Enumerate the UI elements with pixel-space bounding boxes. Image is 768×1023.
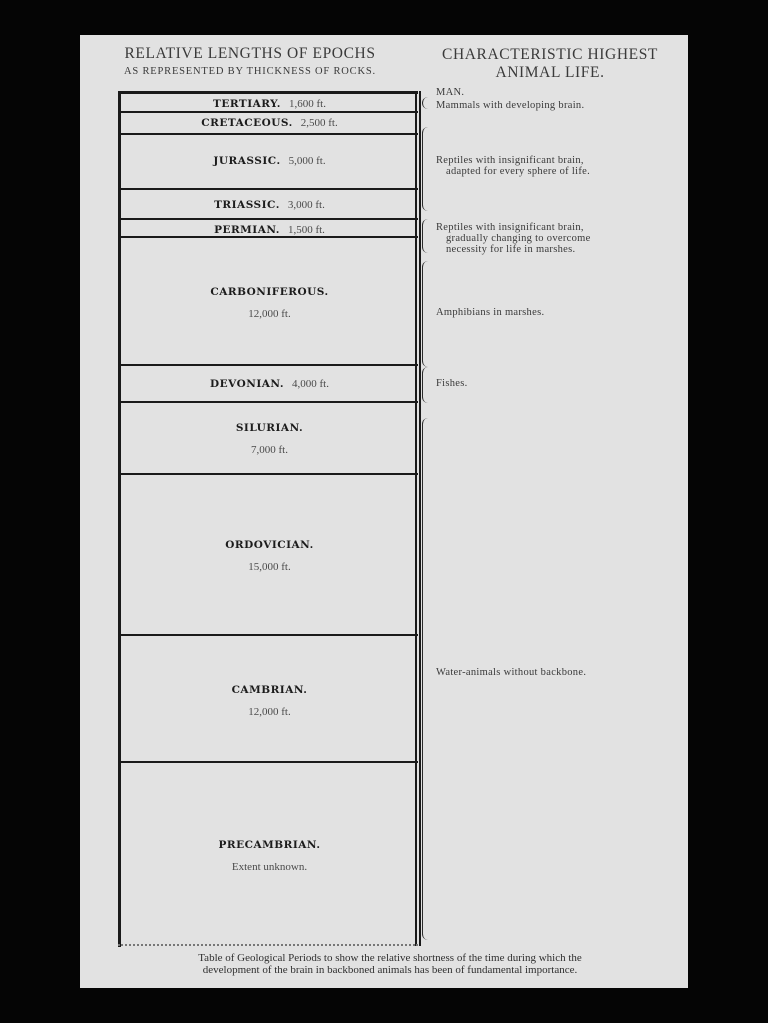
epoch-row-jurassic: JURASSIC.5,000 ft.	[121, 135, 418, 190]
left-column-title: RELATIVE LENGTHS OF EPOCHS	[80, 45, 420, 63]
epoch-name: TRIASSIC.	[214, 199, 280, 211]
life-line: adapted for every sphere of life.	[436, 166, 590, 177]
brace-reptiles-2	[422, 219, 431, 253]
epoch-row-devonian: DEVONIAN.4,000 ft.	[121, 366, 418, 403]
table-right-border	[415, 91, 417, 946]
brace-fishes	[422, 367, 431, 403]
caption-line-1: Table of Geological Periods to show the …	[100, 952, 680, 964]
epoch-row-carboniferous: CARBONIFEROUS. 12,000 ft.	[121, 238, 418, 366]
epoch-name: CAMBRIAN.	[232, 684, 308, 696]
animal-life-man: MAN.	[436, 87, 464, 98]
epoch-row-tertiary: TERTIARY.1,600 ft.	[121, 94, 418, 113]
right-title-line-1: CHARACTERISTIC HIGHEST	[420, 46, 680, 64]
epoch-name: PRECAMBRIAN.	[219, 839, 321, 851]
epoch-name: TERTIARY.	[213, 98, 281, 110]
life-line: gradually changing to overcome	[436, 233, 591, 244]
animal-life-reptiles-1: Reptiles with insignificant brain, adapt…	[436, 155, 590, 177]
epoch-thickness: Extent unknown.	[121, 861, 418, 873]
brace-water-animals	[422, 418, 431, 940]
epoch-name: JURASSIC.	[213, 155, 280, 167]
epoch-thickness: 1,500 ft.	[288, 224, 325, 236]
brace-mammals	[422, 97, 431, 109]
animal-life-fishes: Fishes.	[436, 378, 468, 389]
epoch-row-silurian: SILURIAN. 7,000 ft.	[121, 403, 418, 475]
right-title-line-2: ANIMAL LIFE.	[420, 64, 680, 82]
epoch-name: PERMIAN.	[214, 224, 280, 236]
brace-amphibians	[422, 261, 431, 367]
life-line: Reptiles with insignificant brain,	[436, 222, 584, 233]
animal-life-mammals: Mammals with developing brain.	[436, 100, 584, 111]
epoch-thickness: 1,600 ft.	[289, 98, 326, 110]
epoch-thickness: 5,000 ft.	[289, 155, 326, 167]
brace-reptiles-1	[422, 127, 431, 211]
epoch-name: CARBONIFEROUS.	[210, 286, 328, 298]
right-column-title: CHARACTERISTIC HIGHEST ANIMAL LIFE.	[420, 46, 680, 82]
epoch-thickness: 12,000 ft.	[121, 308, 418, 320]
table-right-border-outer	[419, 91, 421, 946]
document-page: RELATIVE LENGTHS OF EPOCHS AS REPRESENTE…	[80, 35, 688, 988]
animal-life-amphibians: Amphibians in marshes.	[436, 307, 544, 318]
life-line: necessity for life in marshes.	[436, 244, 591, 255]
table-bottom-dotted-rule	[118, 944, 418, 946]
epoch-row-permian: PERMIAN.1,500 ft.	[121, 220, 418, 238]
table-caption: Table of Geological Periods to show the …	[100, 952, 680, 976]
epoch-row-ordovician: ORDOVICIAN. 15,000 ft.	[121, 475, 418, 636]
epoch-thickness: 7,000 ft.	[121, 444, 418, 456]
epoch-row-cambrian: CAMBRIAN. 12,000 ft.	[121, 636, 418, 763]
epoch-name: DEVONIAN.	[210, 378, 284, 390]
epoch-thickness: 3,000 ft.	[288, 199, 325, 211]
epoch-table: TERTIARY.1,600 ft. CRETACEOUS.2,500 ft. …	[118, 91, 418, 947]
epoch-row-precambrian: PRECAMBRIAN. Extent unknown.	[121, 763, 418, 945]
epoch-thickness: 12,000 ft.	[121, 706, 418, 718]
life-line: Reptiles with insignificant brain,	[436, 155, 584, 166]
epoch-name: CRETACEOUS.	[201, 117, 293, 129]
epoch-thickness: 4,000 ft.	[292, 378, 329, 390]
epoch-thickness: 15,000 ft.	[121, 561, 418, 573]
epoch-row-cretaceous: CRETACEOUS.2,500 ft.	[121, 113, 418, 135]
epoch-name: ORDOVICIAN.	[225, 539, 314, 551]
epoch-row-triassic: TRIASSIC.3,000 ft.	[121, 190, 418, 220]
epoch-name: SILURIAN.	[236, 422, 303, 434]
animal-life-water-animals: Water-animals without backbone.	[436, 667, 586, 678]
caption-line-2: development of the brain in backboned an…	[100, 964, 680, 976]
epoch-thickness: 2,500 ft.	[301, 117, 338, 129]
left-column-subtitle: AS REPRESENTED BY THICKNESS OF ROCKS.	[80, 66, 420, 77]
animal-life-reptiles-2: Reptiles with insignificant brain, gradu…	[436, 222, 591, 255]
